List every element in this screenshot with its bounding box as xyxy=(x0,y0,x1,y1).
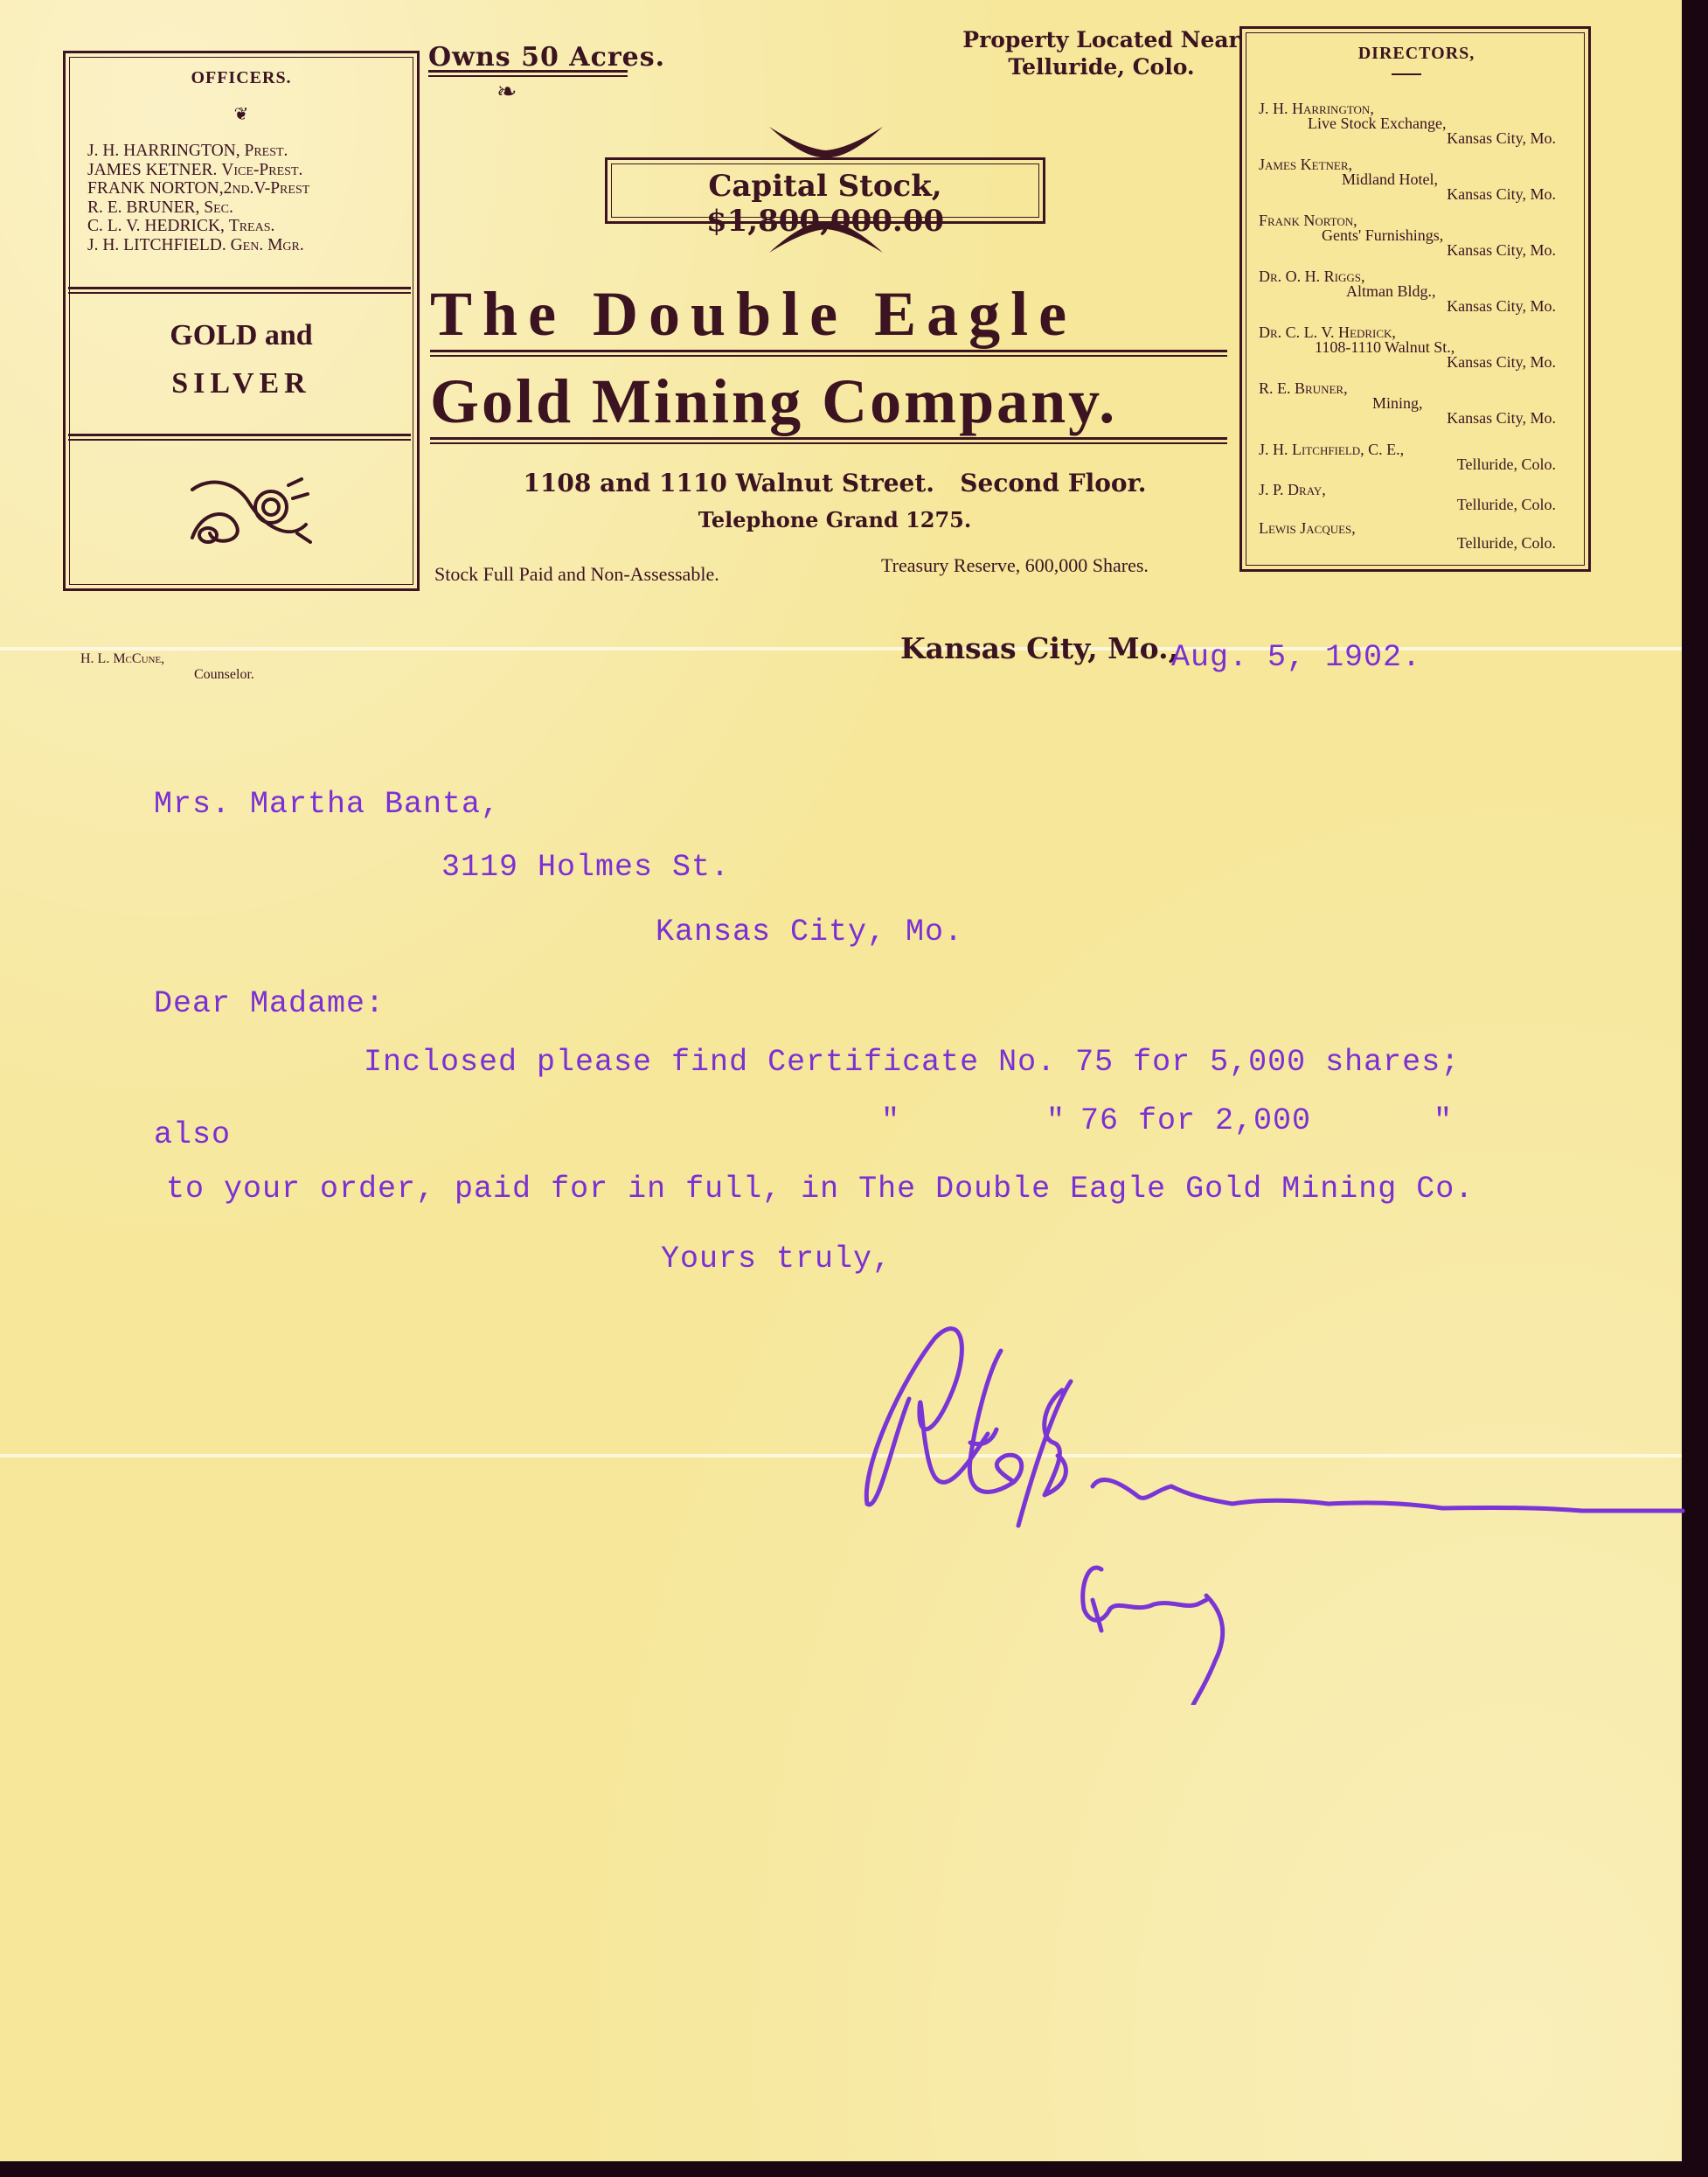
property-location: Property Located Near Telluride, Colo. xyxy=(962,26,1241,80)
company-name-line1: The Double Eagle xyxy=(430,278,1227,351)
signature: R. E. Bruner, Sec'y xyxy=(839,1285,1687,1705)
director-entry: J. H. Harrington, Live Stock Exchange, K… xyxy=(1259,101,1556,146)
panel-divider xyxy=(68,287,411,289)
directors-title: DIRECTORS, xyxy=(1239,44,1593,64)
body-line-1: Inclosed please find Certificate No. 75 … xyxy=(364,1045,1460,1080)
telephone: Telephone Grand 1275. xyxy=(420,507,1250,532)
bracket-ornament-bottom-icon xyxy=(760,220,892,257)
officer-row: FRANK NORTON,2nd.V-Prest xyxy=(87,179,309,198)
body-line-2-start: also xyxy=(154,1117,231,1152)
property-location-line: Telluride, Colo. xyxy=(962,53,1241,80)
director-entry: J. H. Litchfield, C. E., Telluride, Colo… xyxy=(1259,442,1556,472)
recipient-street: 3119 Holmes St. xyxy=(441,850,730,885)
officers-list: J. H. HARRINGTON, Prest. JAMES KETNER. V… xyxy=(87,142,309,254)
vine-ornament-icon: ❦ xyxy=(63,103,420,125)
letter-page: OFFICERS. ❦ J. H. HARRINGTON, Prest. JAM… xyxy=(0,0,1682,2161)
officer-row: C. L. V. HEDRICK, Treas. xyxy=(87,217,309,236)
property-location-line: Property Located Near xyxy=(962,26,1241,53)
ditto-mark: " xyxy=(1434,1103,1453,1138)
director-entry: R. E. Bruner, Mining, Kansas City, Mo. xyxy=(1259,381,1556,426)
counselor: H. L. McCune, Counselor. xyxy=(80,651,254,683)
director-entry: Frank Norton, Gents' Furnishings, Kansas… xyxy=(1259,213,1556,258)
silver-label: SILVER xyxy=(63,367,420,400)
director-entry: Dr. O. H. Riggs, Altman Bldg., Kansas Ci… xyxy=(1259,269,1556,314)
recipient-city: Kansas City, Mo. xyxy=(656,915,963,949)
counselor-title: Counselor. xyxy=(80,667,254,683)
director-entry: J. P. Dray, Telluride, Colo. xyxy=(1259,483,1556,512)
fold-line xyxy=(0,647,1682,650)
owns-acres-label: Owns 50 Acres. xyxy=(428,42,665,73)
closing: Yours truly, xyxy=(661,1242,892,1276)
body-line-3: to your order, paid for in full, in The … xyxy=(166,1172,1474,1207)
title-dash xyxy=(1392,73,1421,75)
officer-row: JAMES KETNER. Vice-Prest. xyxy=(87,161,309,180)
underline-rule xyxy=(428,70,628,73)
letterhead-place: Kansas City, Mo., xyxy=(900,631,1178,665)
officer-row: R. E. BRUNER, Sec. xyxy=(87,198,309,218)
director-entry: Lewis Jacques, Telluride, Colo. xyxy=(1259,521,1556,551)
director-entry: Dr. C. L. V. Hedrick, 1108-1110 Walnut S… xyxy=(1259,325,1556,370)
officers-title: OFFICERS. xyxy=(63,68,420,88)
officer-row: J. H. LITCHFIELD. Gen. Mgr. xyxy=(87,236,309,255)
ditto-mark: " xyxy=(1046,1103,1066,1138)
ditto-mark: " xyxy=(881,1103,900,1138)
director-entry: James Ketner, Midland Hotel, Kansas City… xyxy=(1259,157,1556,202)
recipient-name: Mrs. Martha Banta, xyxy=(154,787,500,822)
officer-row: J. H. HARRINGTON, Prest. xyxy=(87,142,309,161)
salutation: Dear Madame: xyxy=(154,986,385,1021)
stock-note: Stock Full Paid and Non-Assessable. xyxy=(434,563,719,586)
panel-divider xyxy=(68,434,411,436)
title-rule xyxy=(430,350,1227,352)
letter-date: Aug. 5, 1902. xyxy=(1171,640,1421,675)
title-rule xyxy=(430,437,1227,440)
company-name-line2: Gold Mining Company. xyxy=(430,365,1227,438)
treasury-note: Treasury Reserve, 600,000 Shares. xyxy=(881,554,1149,577)
gold-label: GOLD and xyxy=(63,319,420,352)
body-line-2-rest: 76 for 2,000 xyxy=(1080,1103,1311,1138)
counselor-name: H. L. McCune, xyxy=(80,651,254,667)
bracket-ornament-top-icon xyxy=(760,122,892,159)
street-address: 1108 and 1110 Walnut Street. Second Floo… xyxy=(420,469,1250,497)
scroll-ornament-icon xyxy=(184,472,315,555)
flourish-ornament-icon: ❧ xyxy=(496,77,517,107)
